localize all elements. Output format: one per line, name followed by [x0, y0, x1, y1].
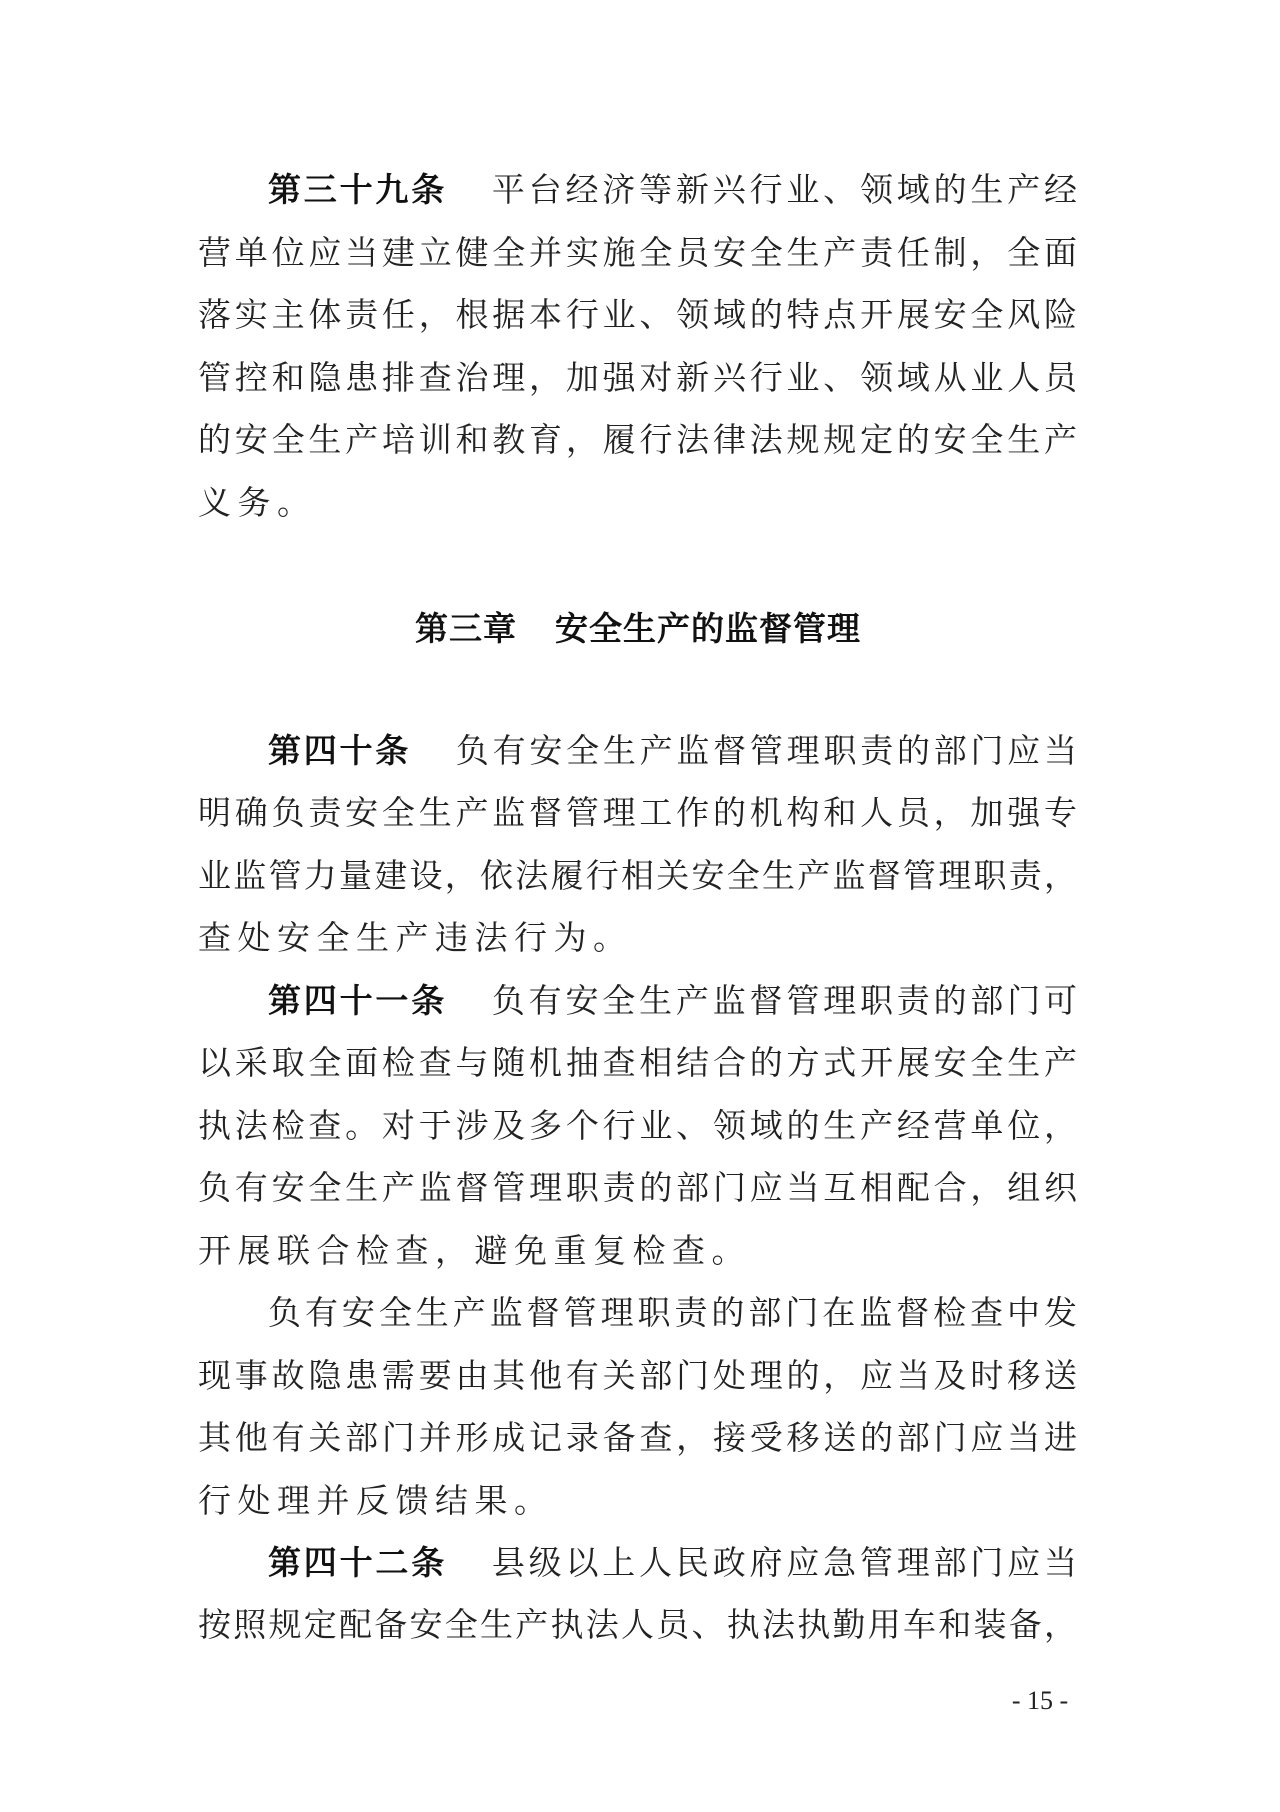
article-39-line-3: 落实主体责任，根据本行业、领域的特点开展安全风险	[198, 295, 1078, 335]
article-41-para2-line-2: 现事故隐患需要由其他有关部门处理的，应当及时移送	[198, 1356, 1078, 1396]
article-41-line-3: 执法检查。对于涉及多个行业、领域的生产经营单位，	[198, 1106, 1078, 1146]
article-42-line-1: 第四十二条县级以上人民政府应急管理部门应当	[268, 1543, 1078, 1583]
chapter-title: 安全生产的监督管理	[555, 609, 861, 648]
article-41-line-5: 开展联合检查，避免重复检查。	[198, 1231, 1078, 1271]
article-41-para2-line-4: 行处理并反馈结果。	[198, 1481, 1078, 1521]
article-40-line-4: 查处安全生产违法行为。	[198, 918, 1078, 958]
article-text: 县级以上人民政府应急管理部门应当	[489, 1543, 1078, 1582]
chapter-heading: 第三章安全生产的监督管理	[198, 608, 1078, 650]
article-text: 负有安全生产监督管理职责的部门应当	[453, 731, 1078, 770]
article-40-line-3: 业监管力量建设，依法履行相关安全生产监督管理职责，	[198, 856, 1078, 896]
article-39-line-6: 义务。	[198, 483, 1078, 523]
article-39-line-4: 管控和隐患排查治理，加强对新兴行业、领域从业人员	[198, 358, 1078, 398]
article-39-line-2: 营单位应当建立健全并实施全员安全生产责任制，全面	[198, 233, 1078, 273]
article-label: 第三十九条	[268, 170, 447, 209]
article-40-line-1: 第四十条负有安全生产监督管理职责的部门应当	[268, 731, 1078, 771]
document-page: 第三十九条平台经济等新兴行业、领域的生产经 营单位应当建立健全并实施全员安全生产…	[0, 0, 1280, 1812]
article-39-line-1: 第三十九条平台经济等新兴行业、领域的生产经	[268, 170, 1078, 210]
article-42-line-2: 按照规定配备安全生产执法人员、执法执勤用车和装备，	[198, 1605, 1078, 1645]
article-label: 第四十一条	[268, 981, 447, 1020]
article-text: 平台经济等新兴行业、领域的生产经	[489, 170, 1078, 209]
page-number: - 15 -	[990, 1686, 1090, 1716]
article-41-line-4: 负有安全生产监督管理职责的部门应当互相配合，组织	[198, 1168, 1078, 1208]
article-41-line-1: 第四十一条负有安全生产监督管理职责的部门可	[268, 981, 1078, 1021]
article-39-line-5: 的安全生产培训和教育，履行法律法规规定的安全生产	[198, 420, 1078, 460]
article-label: 第四十二条	[268, 1543, 447, 1582]
article-41-para2-line-1: 负有安全生产监督管理职责的部门在监督检查中发	[268, 1293, 1078, 1333]
article-40-line-2: 明确负责安全生产监督管理工作的机构和人员，加强专	[198, 793, 1078, 833]
chapter-number: 第三章	[415, 609, 517, 648]
article-41-line-2: 以采取全面检查与随机抽查相结合的方式开展安全生产	[198, 1043, 1078, 1083]
article-label: 第四十条	[268, 731, 411, 770]
article-41-para2-line-3: 其他有关部门并形成记录备查，接受移送的部门应当进	[198, 1418, 1078, 1458]
article-text: 负有安全生产监督管理职责的部门可	[489, 981, 1078, 1020]
